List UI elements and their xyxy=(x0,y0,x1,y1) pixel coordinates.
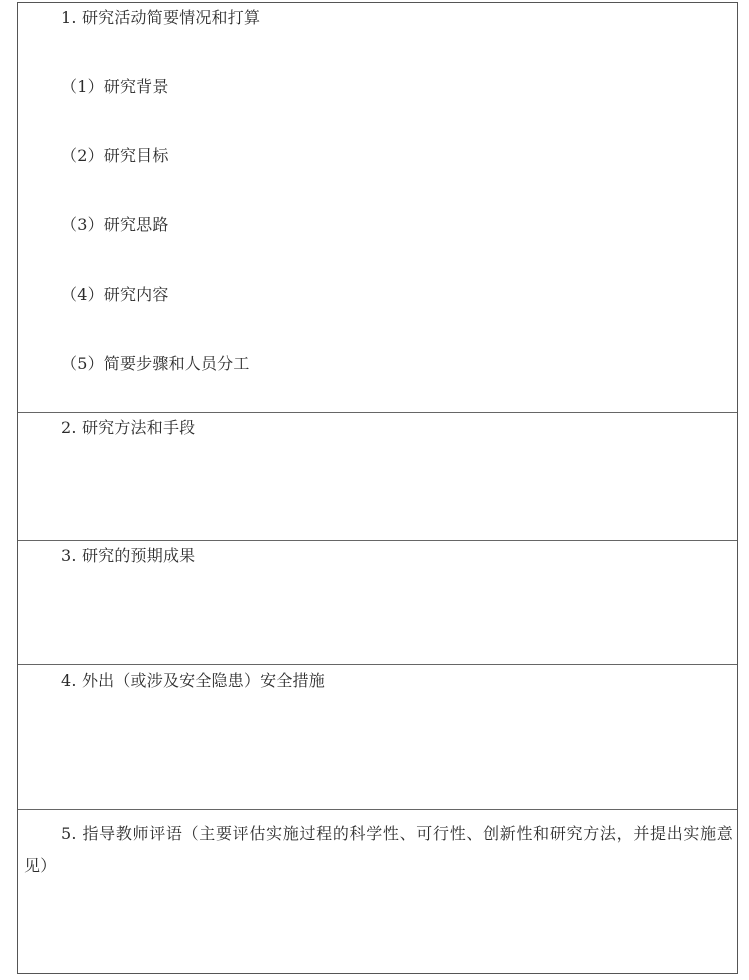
section-safety-measures: 4. 外出（或涉及安全隐患）安全措施 xyxy=(18,664,737,809)
section-heading: 4. 外出（或涉及安全隐患）安全措施 xyxy=(61,671,325,691)
section-advisor-comments: 5. 指导教师评语（主要评估实施过程的科学性、可行性、创新性和研究方法，并提出实… xyxy=(18,809,737,975)
section-research-methods: 2. 研究方法和手段 xyxy=(18,412,737,540)
section-heading: 5. 指导教师评语（主要评估实施过程的科学性、可行性、创新性和研究方法，并提出实… xyxy=(24,818,733,882)
advisor-comments-answer-area[interactable] xyxy=(18,886,737,975)
research-methods-answer-area[interactable] xyxy=(18,443,737,540)
section-activity-overview: 1. 研究活动简要情况和打算 （1）研究背景 （2）研究目标 （3）研究思路 （… xyxy=(18,3,737,412)
subitem-research-background: （1）研究背景 xyxy=(61,77,169,97)
section-heading: 1. 研究活动简要情况和打算 xyxy=(61,8,260,28)
subitem-research-approach: （3）研究思路 xyxy=(61,215,169,235)
safety-measures-answer-area[interactable] xyxy=(18,697,737,809)
section-heading: 2. 研究方法和手段 xyxy=(61,418,195,438)
subitem-steps-and-roles: （5）简要步骤和人员分工 xyxy=(61,354,250,374)
research-plan-form-table: 1. 研究活动简要情况和打算 （1）研究背景 （2）研究目标 （3）研究思路 （… xyxy=(17,2,738,974)
subitem-research-goals: （2）研究目标 xyxy=(61,146,169,166)
expected-results-answer-area[interactable] xyxy=(18,571,737,664)
section-heading: 3. 研究的预期成果 xyxy=(61,546,195,566)
subitem-research-content: （4）研究内容 xyxy=(61,285,169,305)
section-expected-results: 3. 研究的预期成果 xyxy=(18,540,737,664)
